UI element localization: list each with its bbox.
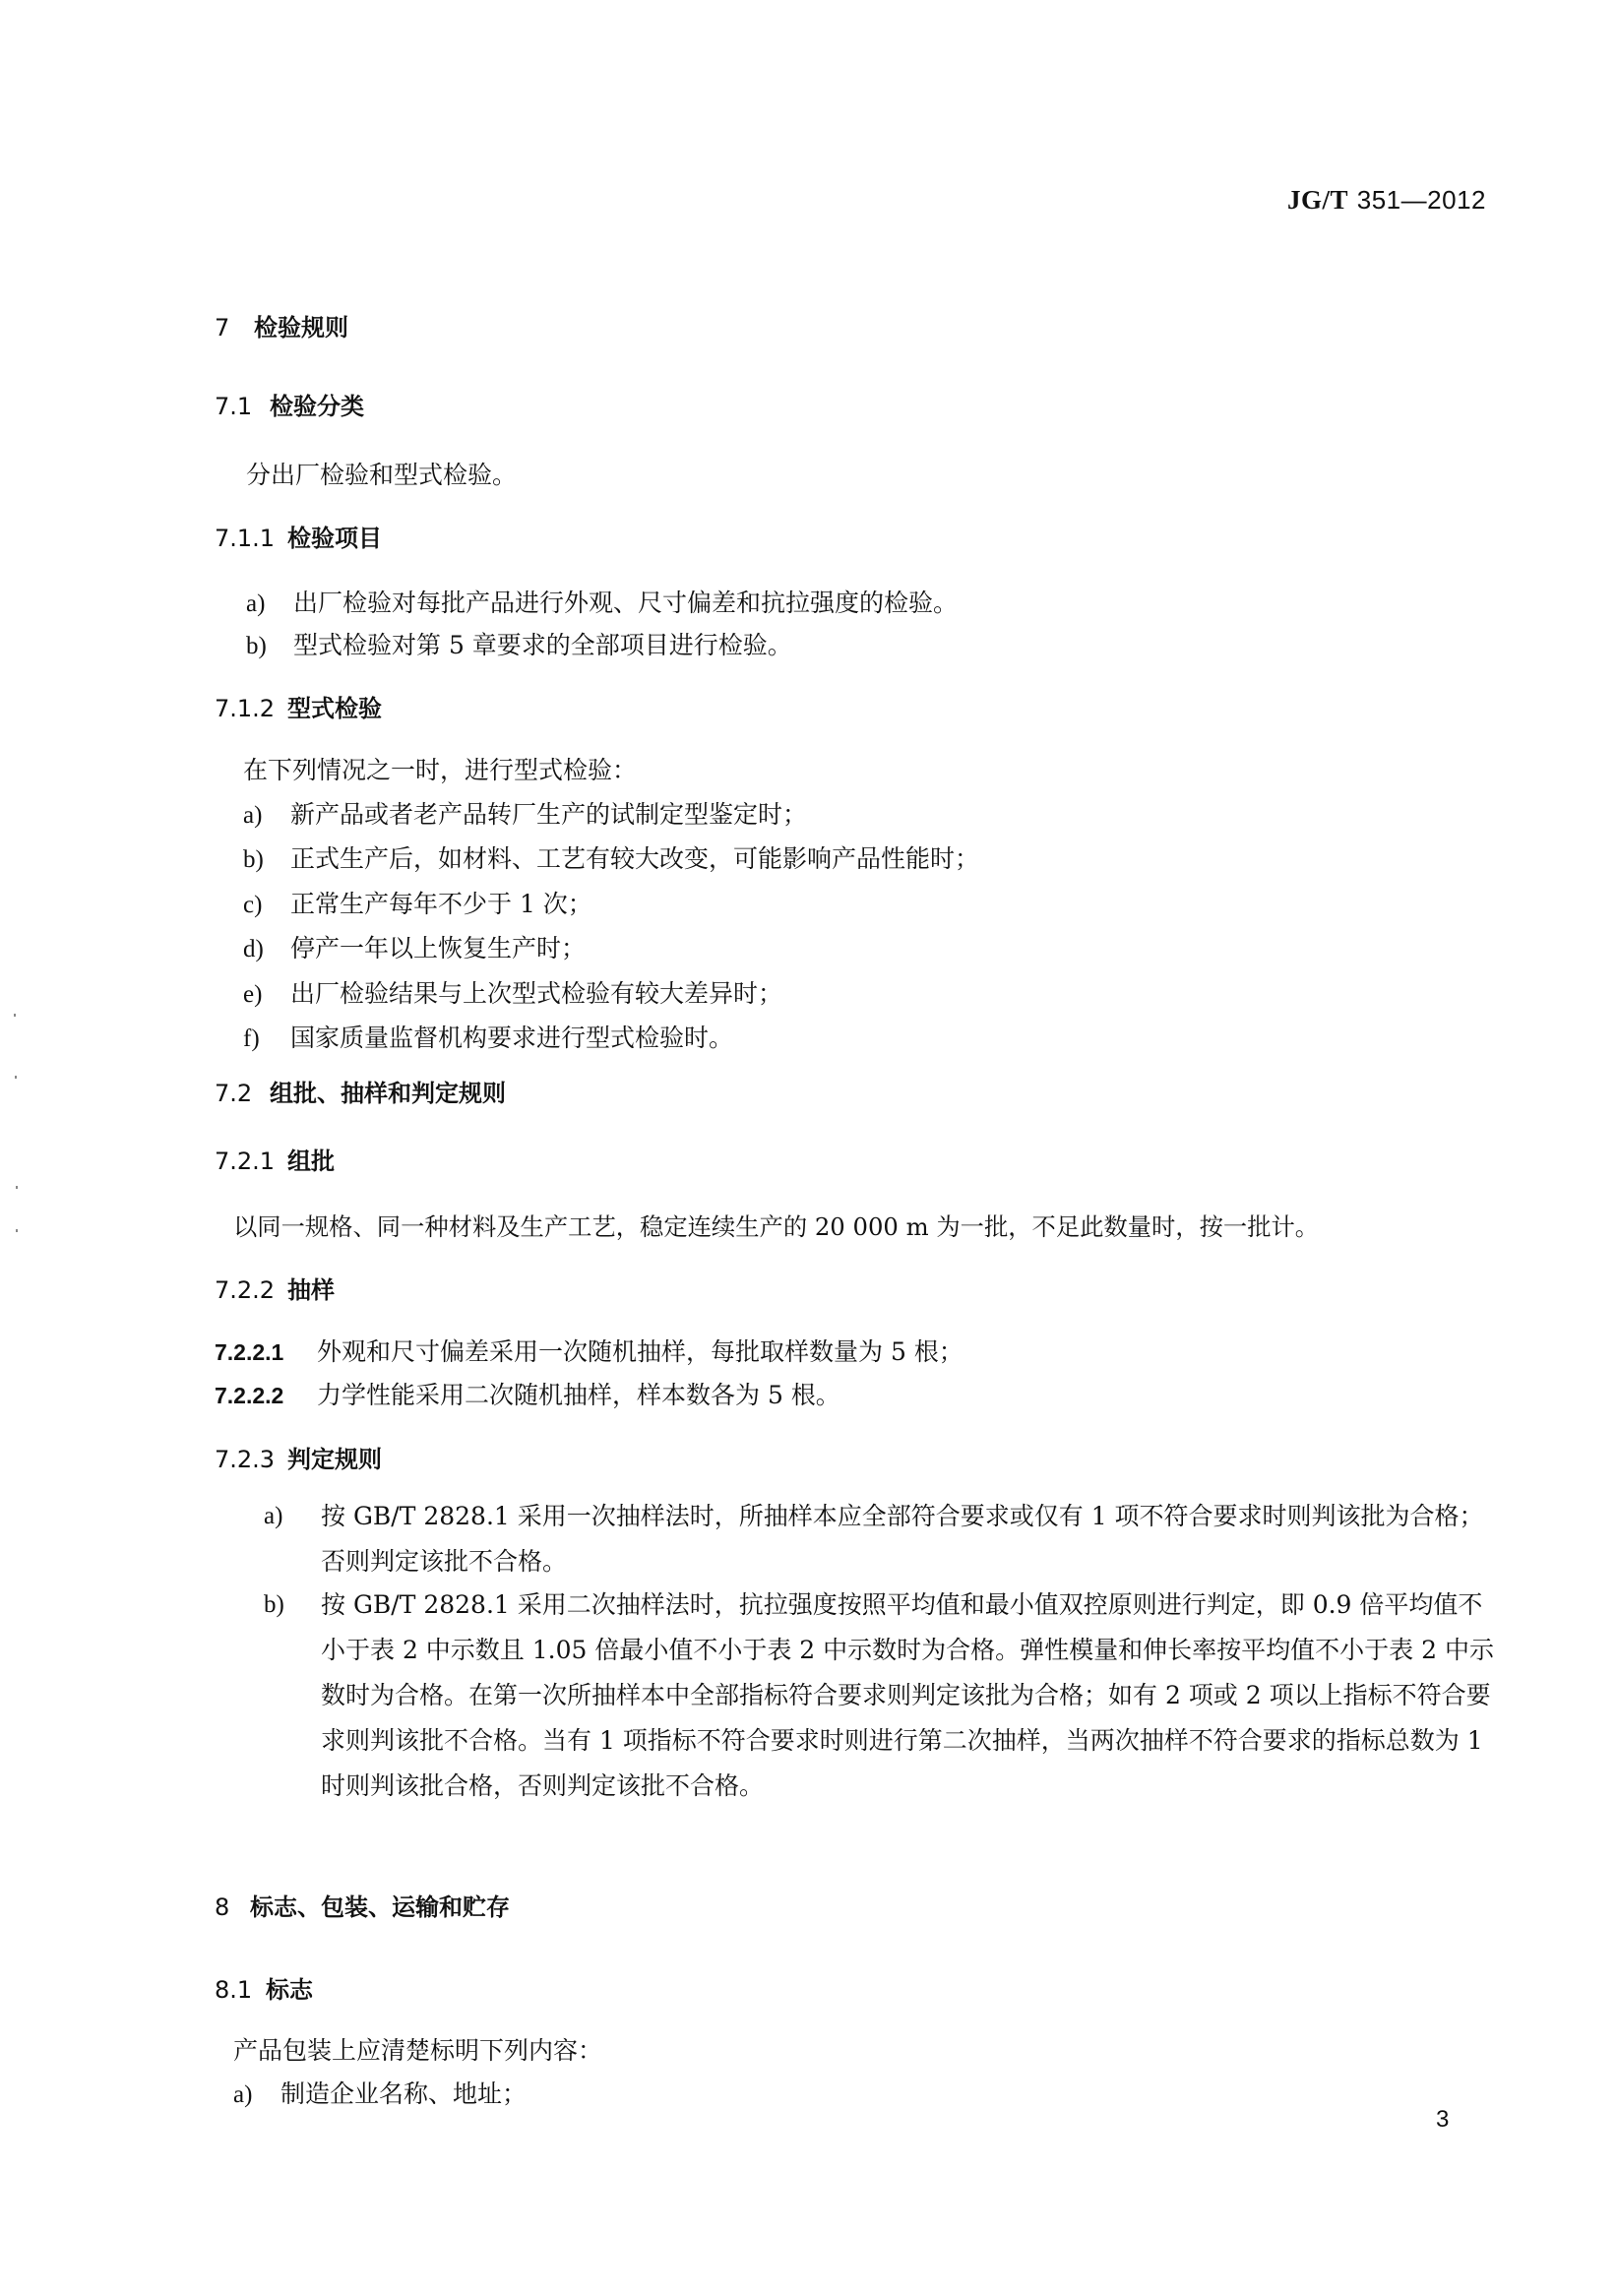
section-7-2-2-heading: 7.2.2抽样	[215, 1271, 335, 1305]
scan-artifact	[15, 1076, 17, 1079]
list-text: 新产品或者老产品转厂生产的试制定型鉴定时；	[290, 800, 807, 829]
section-title: 抽样	[287, 1276, 335, 1304]
section-number: 8	[215, 1893, 250, 1921]
section-title: 检验规则	[254, 314, 348, 341]
section-number: 7.2.2.2	[215, 1383, 317, 1409]
section-number: 8.1	[215, 1976, 266, 2004]
list-text: 按 GB/T 2828.1 采用一次抽样法时，所抽样本应全部符合要求或仅有 1 …	[321, 1502, 1484, 1576]
section-title: 组批、抽样和判定规则	[270, 1080, 506, 1107]
list-item: e)出厂检验结果与上次型式检验有较大差异时；	[243, 974, 782, 1010]
list-label: a)	[243, 802, 290, 830]
list-item: b)正式生产后，如材料、工艺有较大改变，可能影响产品性能时；	[243, 839, 979, 875]
list-item: c)正常生产每年不少于 1 次；	[243, 885, 592, 920]
list-item: b)型式检验对第 5 章要求的全部项目进行检验。	[246, 626, 792, 661]
list-text: 制造企业名称、地址；	[280, 2079, 527, 2108]
list-item: a)新产品或者老产品转厂生产的试制定型鉴定时；	[243, 795, 807, 831]
list-label: a)	[246, 590, 293, 618]
scan-artifact	[16, 1186, 18, 1189]
section-number: 7.1	[215, 393, 270, 420]
list-text: 国家质量监督机构要求进行型式检验时。	[290, 1024, 733, 1052]
list-text: 出厂检验结果与上次型式检验有较大差异时；	[290, 979, 782, 1008]
scan-artifact	[14, 1014, 16, 1017]
list-label: a)	[233, 2081, 280, 2109]
section-7-1-2-intro: 在下列情况之一时，进行型式检验：	[243, 751, 637, 786]
list-label: b)	[246, 633, 293, 660]
section-number: 7.2.3	[215, 1446, 287, 1473]
list-text: 型式检验对第 5 章要求的全部项目进行检验。	[293, 631, 792, 659]
section-number: 7.1.1	[215, 525, 287, 552]
section-number: 7.2.2	[215, 1276, 287, 1304]
section-7-2-1-text: 以同一规格、同一种材料及生产工艺，稳定连续生产的 20 000 m 为一批，不足…	[233, 1208, 1319, 1242]
section-title: 检验项目	[287, 525, 382, 552]
list-item: f)国家质量监督机构要求进行型式检验时。	[243, 1019, 733, 1054]
list-label: a)	[264, 1494, 282, 1539]
section-7-1-1-heading: 7.1.1检验项目	[215, 519, 382, 553]
standard-prefix: JG/T	[1287, 185, 1348, 215]
section-7-2-2-1: 7.2.2.1外观和尺寸偏差采用一次随机抽样，每批取样数量为 5 根；	[215, 1333, 964, 1368]
list-text: 出厂检验对每批产品进行外观、尺寸偏差和抗拉强度的检验。	[293, 589, 958, 617]
section-title: 检验分类	[270, 393, 364, 420]
list-text: 正常生产每年不少于 1 次；	[290, 890, 592, 918]
list-item: b) 按 GB/T 2828.1 采用二次抽样法时，抗拉强度按照平均值和最小值双…	[321, 1582, 1502, 1809]
section-text: 力学性能采用二次随机抽样，样本数各为 5 根。	[317, 1381, 840, 1409]
list-text: 正式生产后，如材料、工艺有较大改变，可能影响产品性能时；	[290, 844, 979, 873]
section-8-1-heading: 8.1标志	[215, 1970, 313, 2005]
section-title: 判定规则	[287, 1446, 382, 1473]
section-title: 型式检验	[287, 695, 382, 722]
list-item: d)停产一年以上恢复生产时；	[243, 929, 586, 964]
section-7-heading: 7检验规则	[215, 308, 348, 342]
list-label: c)	[243, 892, 290, 919]
section-number: 7	[215, 314, 254, 341]
list-label: b)	[243, 846, 290, 874]
scan-artifact	[16, 1229, 18, 1232]
section-number: 7.2.2.1	[215, 1339, 317, 1366]
standard-number: 351—2012	[1357, 185, 1486, 215]
section-7-2-3-heading: 7.2.3判定规则	[215, 1440, 382, 1474]
section-text: 外观和尺寸偏差采用一次随机抽样，每批取样数量为 5 根；	[317, 1337, 964, 1366]
list-text: 停产一年以上恢复生产时；	[290, 934, 586, 962]
list-item: a)制造企业名称、地址；	[233, 2075, 527, 2110]
section-number: 7.2.1	[215, 1148, 287, 1175]
section-7-1-heading: 7.1检验分类	[215, 387, 364, 421]
page-number: 3	[1436, 2106, 1449, 2134]
section-title: 组批	[287, 1148, 335, 1175]
list-item: a)出厂检验对每批产品进行外观、尺寸偏差和抗拉强度的检验。	[246, 584, 958, 619]
section-number: 7.1.2	[215, 695, 287, 722]
list-text: 按 GB/T 2828.1 采用二次抽样法时，抗拉强度按照平均值和最小值双控原则…	[321, 1590, 1494, 1800]
list-item: a) 按 GB/T 2828.1 采用一次抽样法时，所抽样本应全部符合要求或仅有…	[321, 1494, 1502, 1584]
standard-code: JG/T 351—2012	[1287, 185, 1486, 216]
section-8-heading: 8标志、包装、运输和贮存	[215, 1888, 510, 1922]
section-7-2-1-heading: 7.2.1组批	[215, 1142, 335, 1176]
section-number: 7.2	[215, 1080, 270, 1107]
list-label: e)	[243, 981, 290, 1009]
section-7-2-2-2: 7.2.2.2力学性能采用二次随机抽样，样本数各为 5 根。	[215, 1376, 840, 1411]
list-label: d)	[243, 936, 290, 963]
list-label: f)	[243, 1025, 290, 1053]
section-7-1-2-heading: 7.1.2型式检验	[215, 689, 382, 723]
section-7-1-text: 分出厂检验和型式检验。	[246, 456, 517, 491]
section-title: 标志、包装、运输和贮存	[250, 1893, 510, 1921]
section-7-2-heading: 7.2组批、抽样和判定规则	[215, 1074, 506, 1108]
section-title: 标志	[266, 1976, 313, 2004]
section-8-1-intro: 产品包装上应清楚标明下列内容：	[233, 2031, 602, 2067]
list-label: b)	[264, 1582, 284, 1628]
